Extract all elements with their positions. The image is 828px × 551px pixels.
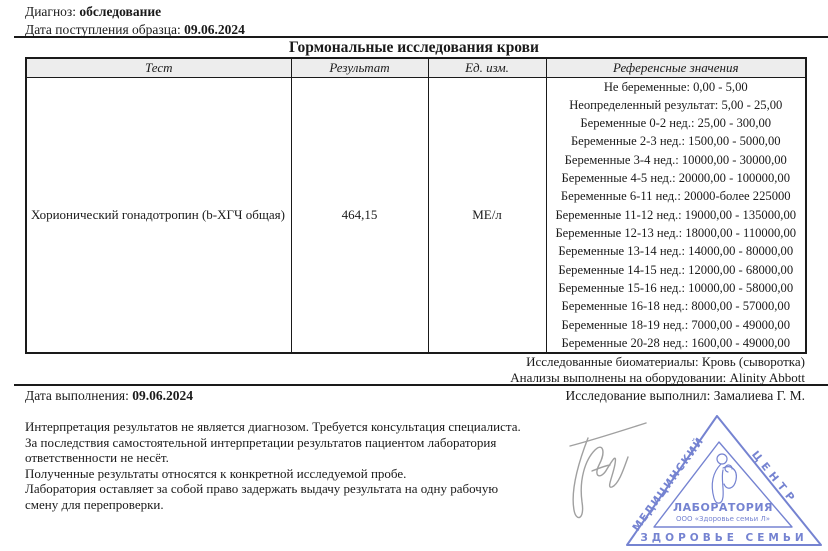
result-value-cell: 464,15 [291, 77, 428, 353]
column-header-test: Тест [26, 58, 291, 77]
laboratory-stamp: МЕДИЦИНСКИЙ ЦЕНТР ЛАБОРАТОРИЯ ООО «Здоро… [622, 412, 826, 551]
reference-value-line: Беременные 15-16 нед.: 10000,00 - 58000,… [547, 279, 806, 297]
execution-date-label: Дата выполнения: [25, 388, 129, 403]
disclaimer-line: ответственности не несёт. [25, 450, 585, 466]
reference-value-line: Беременные 0-2 нед.: 25,00 - 300,00 [547, 114, 806, 132]
results-table: Тест Результат Ед. изм. Референсные знач… [25, 57, 807, 354]
reference-value-line: Беременные 6-11 нед.: 20000-более 225000 [547, 187, 806, 205]
top-divider [14, 36, 828, 38]
table-row: Хорионический гонадотропин (b-ХГЧ общая)… [26, 77, 806, 353]
column-header-unit: Ед. изм. [428, 58, 546, 77]
reference-value-line: Беременные 20-28 нед.: 1600,00 - 49000,0… [547, 334, 806, 352]
reference-values-list: Не беременные: 0,00 - 5,00Неопределенный… [547, 78, 806, 353]
diagnosis-line: Диагноз: обследование [25, 3, 245, 21]
reference-values-cell: Не беременные: 0,00 - 5,00Неопределенный… [546, 77, 806, 353]
disclaimer-line: За последствия самостоятельной интерпрет… [25, 435, 585, 451]
sample-date-value: 09.06.2024 [184, 22, 245, 37]
stamp-text-org: ООО «Здоровье семьи Л» [676, 515, 770, 523]
equipment-line: Анализы выполнены на оборудовании: Alini… [25, 370, 805, 386]
stamp-outer-triangle [627, 416, 821, 545]
biomaterials-line: Исследованные биоматериалы: Кровь (сывор… [25, 354, 805, 370]
disclaimer-line: смену для перепроверки. [25, 497, 585, 513]
stamp-text-right: ЦЕНТР [749, 449, 800, 508]
diagnosis-value: обследование [79, 4, 161, 19]
reference-value-line: Беременные 18-19 нед.: 7000,00 - 49000,0… [547, 316, 806, 334]
performed-by: Исследование выполнил: Замалиева Г. М. [566, 388, 805, 404]
reference-value-line: Беременные 11-12 нед.: 19000,00 - 135000… [547, 206, 806, 224]
mother-child-figure [712, 454, 736, 503]
reference-value-line: Не беременные: 0,00 - 5,00 [547, 78, 806, 96]
table-header-row: Тест Результат Ед. изм. Референсные знач… [26, 58, 806, 77]
reference-value-line: Беременные 13-14 нед.: 14000,00 - 80000,… [547, 242, 806, 260]
reference-value-line: Беременные 16-18 нед.: 8000,00 - 57000,0… [547, 297, 806, 315]
column-header-result: Результат [291, 58, 428, 77]
stamp-text-bottom: ЗДОРОВЬЕ СЕМЬИ [640, 532, 807, 544]
disclaimer-text: Интерпретация результатов не является ди… [25, 419, 585, 513]
sample-date-label: Дата поступления образца: [25, 22, 181, 37]
disclaimer-line: Полученные результаты относятся к конкре… [25, 466, 585, 482]
execution-date-value: 09.06.2024 [132, 388, 193, 403]
disclaimer-line: Интерпретация результатов не является ди… [25, 419, 585, 435]
reference-value-line: Беременные 3-4 нед.: 10000,00 - 30000,00 [547, 151, 806, 169]
reference-value-line: Беременные 14-15 нед.: 12000,00 - 68000,… [547, 261, 806, 279]
unit-cell: МЕ/л [428, 77, 546, 353]
diagnosis-label: Диагноз: [25, 4, 76, 19]
reference-value-line: Беременные 12-13 нед.: 18000,00 - 110000… [547, 224, 806, 242]
stamp-svg: МЕДИЦИНСКИЙ ЦЕНТР ЛАБОРАТОРИЯ ООО «Здоро… [622, 412, 826, 551]
table-footnotes: Исследованные биоматериалы: Кровь (сывор… [25, 354, 805, 385]
bottom-divider [14, 384, 828, 386]
stamp-text-lab: ЛАБОРАТОРИЯ [673, 501, 773, 514]
page-title: Гормональные исследования крови [0, 39, 828, 57]
reference-value-line: Неопределенный результат: 5,00 - 25,00 [547, 96, 806, 114]
disclaimer-line: Лаборатория оставляет за собой право зад… [25, 481, 585, 497]
lab-report-page: Диагноз: обследование Дата поступления о… [0, 0, 828, 551]
report-header: Диагноз: обследование Дата поступления о… [25, 3, 245, 39]
column-header-reference: Референсные значения [546, 58, 806, 77]
test-name-cell: Хорионический гонадотропин (b-ХГЧ общая) [26, 77, 291, 353]
execution-row: Исследование выполнил: Замалиева Г. М. Д… [25, 388, 805, 404]
reference-value-line: Беременные 2-3 нед.: 1500,00 - 5000,00 [547, 132, 806, 150]
reference-value-line: Беременные 4-5 нед.: 20000,00 - 100000,0… [547, 169, 806, 187]
